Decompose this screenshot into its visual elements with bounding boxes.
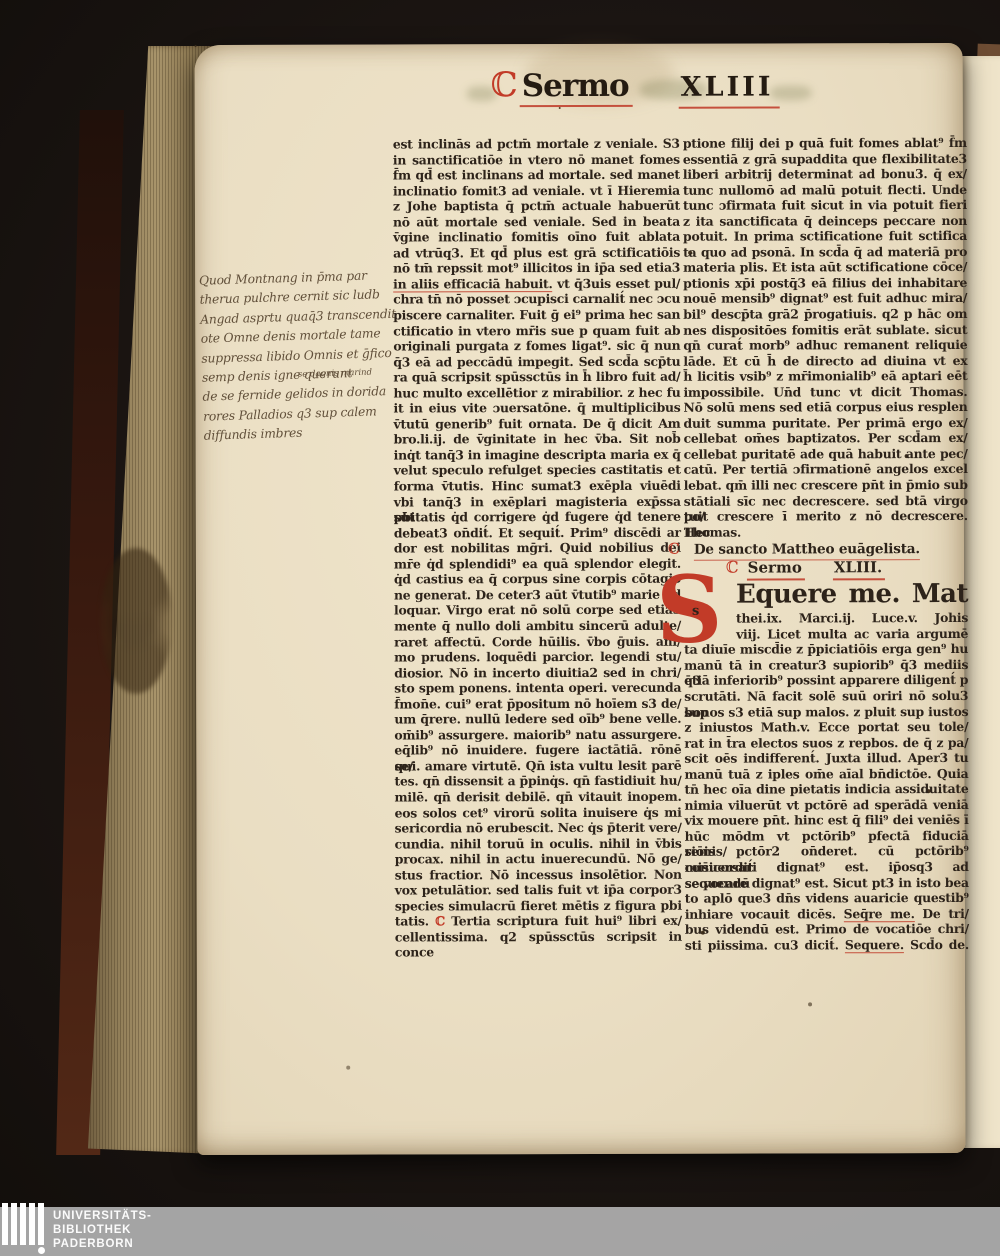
text-line: tes. qn̄ dissensit a p̄pinq̇s. qn̄ fasti… xyxy=(394,773,681,789)
text-line: vix mouere pn̄t. hinc est q̄ fili⁹ dei v… xyxy=(685,812,969,828)
text-line: inhiare vocauit dicēs. Seq̄re me. De tri… xyxy=(685,906,969,922)
running-head-number: XLIII xyxy=(679,70,780,108)
text-line: nō tm̄ repssit mot⁹ illicitos in ip̄a se… xyxy=(393,260,680,276)
pilcrow-icon: ℂ xyxy=(491,68,518,102)
text-line: z iniustos Math.v. Ecce portat seu tole/ xyxy=(684,719,968,735)
text-line: est inclinās ad pctm̄ mortale z veniale.… xyxy=(393,136,680,152)
text-line: piscere carnaliter. Fuit ḡ ei⁹ prima hec… xyxy=(393,307,680,323)
text-line: duit summa puritate. Per primā ergo ex/ xyxy=(684,415,968,431)
text-line: q̇d castius ea q̄ corpus sine corpis cōt… xyxy=(394,571,681,587)
text-line: huc multo excellētior z mirabilior. z he… xyxy=(393,384,680,400)
text-line: scrutāti. Nā facit solē suū oriri nō sol… xyxy=(684,688,968,704)
initial-letter: S xyxy=(656,570,723,650)
text-line: qui. amare virtutē. Qn̄ ista vultu lesit… xyxy=(394,758,681,774)
text-line: lāde. Et cū h̄ de directo ad diuina vt e… xyxy=(683,353,967,369)
text-line: bro.li.ij. de v̄ginitate in hec v̄ba. Si… xyxy=(394,431,681,447)
text-line: Thomas. xyxy=(684,524,968,540)
text-line: Nō solū mens sed etiā corpus eius resple… xyxy=(683,399,967,415)
text-line: v̄tutū generib⁹ fuit ornata. De q̄ dicit… xyxy=(394,416,681,432)
sermo-heading-number: XLIII. xyxy=(833,557,886,580)
text-line: catū. Per tertiā ɔfirmationē angelos exc… xyxy=(684,461,968,477)
text-line: mr̄e q̇d splendidi⁹ ea quā splendor eleg… xyxy=(394,556,681,572)
lombardic-initial: S s xyxy=(658,580,736,642)
text-line: ctificatio in vtero mr̄is sue p quam fui… xyxy=(393,322,680,338)
logo-bar-icon xyxy=(11,1203,17,1245)
text-line: ta diuīe miscd̄ie z p̄piciatiōis erga ge… xyxy=(684,641,968,657)
text-line: tatis. ℂ Tertia scriptura fuit hui⁹ libr… xyxy=(395,913,682,929)
logo-bar-icon xyxy=(2,1203,8,1245)
text-line: ra quā scripsit spūssctūs in h̄ libro fu… xyxy=(393,369,680,385)
text-line: bus videndū est. Primo de vocatiōe chri/ xyxy=(685,921,969,937)
book-page: ℂ Sermo XLIII Quod Montnang in p̄ma part… xyxy=(195,43,966,1155)
text-line: f̄mon̄e. cui⁹ erat p̄positum nō hoīem s3… xyxy=(394,695,681,711)
text-line: mente q̄ nullo doli ambitu sincerū adult… xyxy=(394,618,681,634)
text-line: stus fractior. Nō incessus insolētior. N… xyxy=(395,866,682,882)
text-line: scit oēs indifferent́. Juxta illud. Aper… xyxy=(684,750,968,766)
text-line: manū tuā z iples om̄e aīal bn̄dictōe. Qu… xyxy=(684,766,968,782)
text-line: z ita sanctificata q̄ deinceps peccare n… xyxy=(683,213,967,229)
text-line: stātiali sīc nec decrescere. sed btā vir… xyxy=(684,493,968,509)
text-line: hūc mōdm vt pctōrib⁹ pfectā fiduciā remi… xyxy=(685,828,969,844)
text-line: debeat3 on̄dit́. Et sequit́. Prim⁹ discē… xyxy=(394,524,681,540)
text-line: it in eius vite ɔuersatōne. q̄ multiplic… xyxy=(393,400,680,416)
text-line: rat in t̄ra electos suos z repbos. de q̄… xyxy=(684,735,968,751)
text-line: nouē mensib⁹ dignat⁹ est fuit adhuc mira… xyxy=(683,290,967,306)
text-line: q̄3 eā ad peccādū impegit. Sed scd̄a scp… xyxy=(393,353,680,369)
text-line: loquar. Virgo erat nō solū corpe sed eti… xyxy=(394,602,681,618)
text-line: cellebat puritatē ade quā habuit ante pe… xyxy=(684,446,968,462)
text-line: cellebat om̄es baptizatos. Per scd̄am ex… xyxy=(684,430,968,446)
text-line: tunc ɔfirmata fuit sicut in via potuit f… xyxy=(683,197,967,213)
text-line: sto spem ponens. intenta operi. verecund… xyxy=(394,680,681,696)
text-line: pbitatis q̇d corrigere q̇d fugere q̇d te… xyxy=(394,509,681,525)
library-name-line: PADERBORN xyxy=(53,1238,152,1252)
text-line: lebat. qm̄ illi nec crescere pn̄t in p̄m… xyxy=(684,477,968,493)
text-line: cellentissima. q2 spūssctūs scripsit in … xyxy=(395,929,682,945)
left-column: est inclinās ad pctm̄ mortale z veniale.… xyxy=(393,136,682,945)
incipit-block: S s Equere me. Mat thei.ix. Marci.ij. Lu… xyxy=(684,579,969,953)
text-line: originali purgata z fomes ligat⁹. sic q̄… xyxy=(393,338,680,354)
library-name: UNIVERSITÄTS-BIBLIOTHEKPADERBORN xyxy=(53,1210,152,1251)
text-line: chra tn̄ nō posset ɔcupisci carnalit́ ne… xyxy=(393,291,680,307)
text-line: manū tā in creatur3 supiorib⁹ q̄3 mediis… xyxy=(684,657,968,673)
text-line: ad vtrūq3. Et qd̄ plus est grā sctificat… xyxy=(393,245,680,261)
text-line: f̄m qd̄ est inclinans ad mortale. sed ma… xyxy=(393,167,680,183)
text-line: tn̄ hec oīa dine pietatis indicia assidu… xyxy=(684,781,968,797)
library-logo xyxy=(2,1203,47,1245)
logo-bar-icon xyxy=(29,1203,35,1245)
text-line: forma v̄tutis. Hinc sumat3 exēpla viuēdi xyxy=(394,478,681,494)
text-line: se vocare dignat⁹ est. Sicut pt3 in isto… xyxy=(685,874,969,890)
text-line: ta quo ad psonā. In scd̄a q̄ ad materiā … xyxy=(683,244,967,260)
text-line: sti piissima. cu3 dicit́. Sequere. Scd̄o… xyxy=(685,937,969,953)
text-line: h̄ licitis vsib⁹ z mr̄imonialib⁹ eā apta… xyxy=(683,368,967,384)
text-line: in aliis efficaciā habuit. vt q̄3uis ess… xyxy=(393,276,680,292)
text-line: eq̄lib⁹ nō inuidere. fugere iactātiā. rō… xyxy=(394,742,681,758)
text-line: bonos s3 etiā sup malos. z pluit sup ius… xyxy=(684,703,968,719)
text-line: mo prudens. loquēdi parcior. legendi stu… xyxy=(394,649,681,665)
marginalia: Quod Montnang in p̄ma partherua pulchre … xyxy=(199,266,400,446)
text-line: eos solos cet⁹ virorū solita inuisere q̇… xyxy=(395,804,682,820)
text-line: om̄ib⁹ assurgere. maiorib⁹ natu assurger… xyxy=(394,727,681,743)
text-line: procax. nihil in actu inuerecundū. Nō ge… xyxy=(395,851,682,867)
text-line: inq̇t tanq̄3 in imagine descripta maria … xyxy=(394,447,681,463)
text-line: diosior. Nō in incerto diuitia2 sed in c… xyxy=(394,664,681,680)
text-line: v̄gine inclinatio fomitis oīno fuit abla… xyxy=(393,229,680,245)
text-line: in sanctificatiōe in vtero nō manet fome… xyxy=(393,151,680,167)
logo-dot-icon xyxy=(38,1247,45,1254)
text-line: to aplō que3 dn̄s videns auaricie questi… xyxy=(685,890,969,906)
text-line: velut speculo refulget species castitati… xyxy=(394,462,681,478)
text-line: tuit crescere ī merito z nō decrescere. … xyxy=(684,508,968,524)
text-line: ptionis xp̄i postq̄3 eā filius dei inhab… xyxy=(683,275,967,291)
running-head-title: Sermo xyxy=(520,68,633,107)
text-line: bil⁹ descp̄ta grā2 p̄rogatiuis. q2 p hāc… xyxy=(683,306,967,322)
logo-bar-icon xyxy=(38,1203,44,1245)
text-line: nes dispositōes fomitis erāt sublate. si… xyxy=(683,322,967,338)
text-line: liberi arbitrij determinat ad bonu3. q̄ … xyxy=(683,166,967,182)
text-line: potuit. In prima sctificatione fuit scti… xyxy=(683,228,967,244)
text-line: inclinatio fomit3 ad veniale. vt ī Hiere… xyxy=(393,182,680,198)
running-head: ℂ Sermo XLIII xyxy=(491,67,821,109)
text-line: um q̄rere. nullū ledere sed oīb⁹ bene ve… xyxy=(394,711,681,727)
pilcrow-icon: ℂ xyxy=(726,558,739,578)
text-line: tunc nullomō ad malū potuit flecti. Unde xyxy=(683,182,967,198)
text-line: impossibile. Un̄d tunc vt dicit Thomas. xyxy=(683,384,967,400)
text-line: nō aūt mortale sed veniale. Sed in beata xyxy=(393,213,680,229)
logo-bar-icon xyxy=(20,1203,26,1245)
text-line: etiā inferiorib⁹ possint apparere dilige… xyxy=(684,672,968,688)
sermo-heading: ℂ Sermo XLIII. xyxy=(726,557,968,580)
ink-specks xyxy=(195,45,197,47)
text-line: ptione filij dei p quā fuit fomes ablat⁹… xyxy=(683,135,967,151)
text-line: raret affectū. Corde hūilis. v̄bo ḡuis. … xyxy=(394,633,681,649)
text-line: conuersari dignat⁹ est. ip̄osq3 ad seque… xyxy=(685,859,969,875)
text-line: milē. qn̄ derisit debilē. qn̄ vitauit in… xyxy=(394,789,681,805)
sermo-heading-title: Sermo xyxy=(747,558,805,581)
guide-letter: s xyxy=(692,604,699,619)
text-line: species simulacrū fieret mētis z figura … xyxy=(395,898,682,914)
text-line: dor est nobilitas mḡri. Quid nobilius de… xyxy=(394,540,681,556)
library-name-line: BIBLIOTHEK xyxy=(53,1224,152,1238)
text-line: sericordia nō erubescit. Nec q̇s p̄terit… xyxy=(395,820,682,836)
text-line: qn̄ curat́ morb⁹ adhuc remanent reliquie xyxy=(683,337,967,353)
text-line: vox petulātior. sed talis fuit vt ip̄a c… xyxy=(395,882,682,898)
library-name-line: UNIVERSITÄTS- xyxy=(53,1210,152,1224)
watermark-band: UNIVERSITÄTS-BIBLIOTHEKPADERBORN xyxy=(0,1207,1000,1256)
photo-background: ℂ Sermo XLIII Quod Montnang in p̄ma part… xyxy=(0,0,1000,1256)
text-line: nimia viluerūt vt pctōrē ad sperādā veni… xyxy=(685,797,969,813)
fore-edge-stamp xyxy=(100,548,172,694)
right-column: ptione filij dei p quā fuit fomes ablat⁹… xyxy=(683,135,969,953)
text-line: materia plis. Et ista aūt sctificatione … xyxy=(683,259,967,275)
text-line: vbi tanq̄3 in exēplari magisteria exp̄ss… xyxy=(394,493,681,509)
text-line: essentiā z grā supaddita que flexibilita… xyxy=(683,151,967,167)
text-line: siōis pctōr2 on̄deret. cū pctōrib⁹ mis̄i… xyxy=(685,843,969,859)
text-line: z Johe baptista q̄ pctm̄ actuale habuerū… xyxy=(393,198,680,214)
text-line: ne generat. De ceter3 aūt v̄tutib⁹ marie… xyxy=(394,587,681,603)
text-line: cundia. nihil toruū in oculis. nihil in … xyxy=(395,835,682,851)
